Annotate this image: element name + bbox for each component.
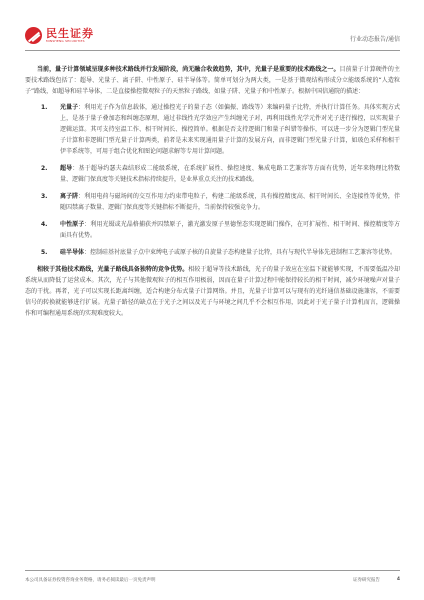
intro-paragraph: 当前，量子计算领域呈现多种技术路线并行发展阶段，尚无融合收敛趋势，其中，光量子是… bbox=[25, 64, 400, 97]
logo-name-cn: 民生证券 bbox=[46, 28, 94, 39]
list-title: 超导 bbox=[60, 165, 72, 172]
conclusion-text: 相较于超导等技术路线，光子的量子效应在室温下就能够实现，不需要低温冷却系统从而降… bbox=[25, 266, 400, 317]
company-logo: 民生证券 MINSHENG SECURITIES bbox=[25, 27, 94, 44]
logo-name-en: MINSHENG SECURITIES bbox=[46, 40, 94, 43]
list-number: 1. bbox=[41, 102, 47, 113]
list-number: 5. bbox=[41, 247, 47, 258]
report-category: 行业动态报告/通信 bbox=[350, 34, 400, 43]
document-body: 当前，量子计算领域呈现多种技术路线并行发展阶段，尚无融合收敛趋势，其中，光量子是… bbox=[25, 64, 400, 324]
list-item: 1.光量子：利用光子作为信息载体，通过操控光子的量子态（如偏振、路线等）来编码量… bbox=[25, 102, 400, 157]
list-item: 4.中性原子：利用光镊或光晶格捕获并囚禁原子，激光激发原子里德堡态实现逻辑门操作… bbox=[25, 219, 400, 241]
page-footer: 本公司具备证券投资咨询业务资格，请务必阅读最后一页免责声明 证券研究报告 4 bbox=[25, 570, 400, 587]
logo-mark-icon bbox=[25, 27, 42, 44]
list-title: 光量子 bbox=[60, 104, 78, 111]
footer-report-type: 证券研究报告 bbox=[353, 577, 380, 583]
list-number: 2. bbox=[41, 163, 47, 174]
page-number: 4 bbox=[397, 577, 400, 582]
technology-list: 1.光量子：利用光子作为信息载体，通过操控光子的量子态（如偏振、路线等）来编码量… bbox=[25, 102, 400, 258]
list-text: ：控制硅基衬底量子点中束缚电子或原子核的自旋量子态构建量子比特，具有与现代半导体… bbox=[84, 249, 396, 256]
list-title: 离子阱 bbox=[60, 193, 78, 200]
list-item: 2.超导：基于超导约瑟夫森结形成二能级系统，在系统扩展性、操控速度、集成电路工艺… bbox=[25, 163, 400, 185]
list-text: ：利用光镊或光晶格捕获并囚禁原子，激光激发原子里德堡态实现逻辑门操作，在可扩展性… bbox=[60, 221, 400, 239]
list-number: 3. bbox=[41, 191, 47, 202]
list-number: 4. bbox=[41, 219, 47, 230]
page-header: 民生证券 MINSHENG SECURITIES 行业动态报告/通信 bbox=[25, 26, 400, 51]
list-title: 硅半导体 bbox=[60, 249, 84, 256]
list-item: 5.硅半导体：控制硅基衬底量子点中束缚电子或原子核的自旋量子态构建量子比特，具有… bbox=[25, 247, 400, 258]
list-text: ：利用电荷与磁场间的交互作用力约束带电粒子，构建二能级系统，具有操控精度高、相干… bbox=[60, 193, 400, 211]
list-text: ：利用光子作为信息载体，通过操控光子的量子态（如偏振、路线等）来编码量子比特，并… bbox=[60, 104, 400, 155]
list-text: ：基于超导约瑟夫森结形成二能级系统，在系统扩展性、操控速度、集成电路工艺兼容等方… bbox=[60, 165, 400, 183]
conclusion-bold: 相较于其他技术路线，光量子路线具备独特的竞争优势。 bbox=[37, 266, 188, 273]
list-item: 3.离子阱：利用电荷与磁场间的交互作用力约束带电粒子，构建二能级系统，具有操控精… bbox=[25, 191, 400, 213]
conclusion-paragraph: 相较于其他技术路线，光量子路线具备独特的竞争优势。相较于超导等技术路线，光子的量… bbox=[25, 264, 400, 319]
intro-bold: 当前，量子计算领域呈现多种技术路线并行发展阶段，尚无融合收敛趋势，其中，光量子是… bbox=[37, 66, 340, 73]
footer-disclaimer: 本公司具备证券投资咨询业务资格，请务必阅读最后一页免责声明 bbox=[25, 577, 156, 583]
list-title: 中性原子 bbox=[60, 221, 84, 228]
